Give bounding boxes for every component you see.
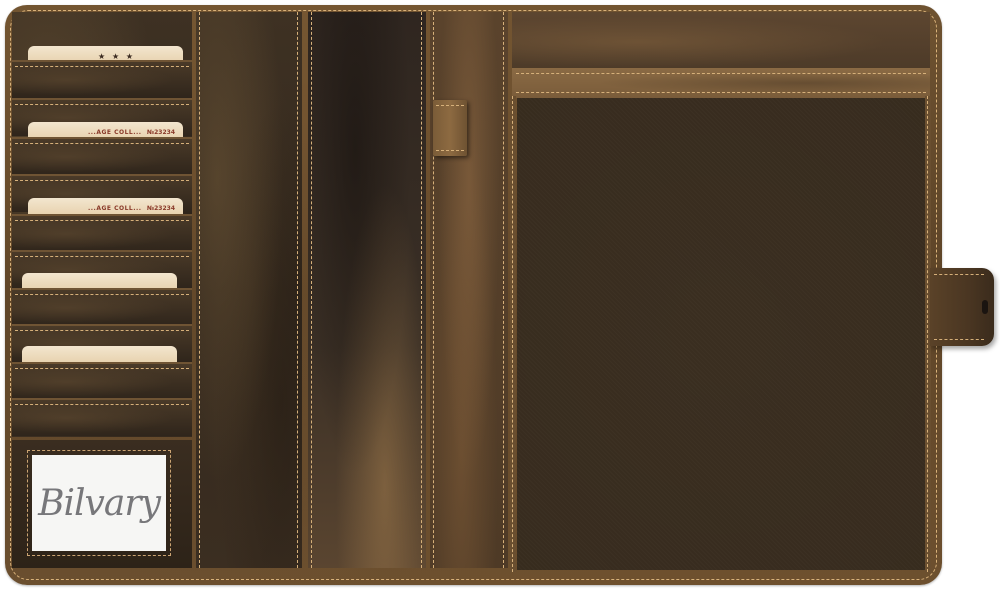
document-pocket-2[interactable] [308,12,426,568]
card-slot-5[interactable] [12,214,192,252]
pen-loop[interactable] [433,100,467,156]
card-slot-7[interactable] [12,288,192,326]
notepad-pocket[interactable] [517,98,925,570]
card-2-text: ...AGE COLL... [88,129,142,136]
card-2[interactable]: ...AGE COLL... №23234 [28,122,183,138]
snap-clasp-tab[interactable] [930,268,994,346]
card-slot-3[interactable] [12,137,192,175]
snap-button-icon[interactable] [982,300,988,314]
card-slot-9[interactable] [12,362,192,400]
notepad-border-left [510,96,516,572]
id-card-window[interactable]: Bilvary [32,455,166,551]
card-3[interactable]: ...AGE COLL... №23234 [28,198,183,214]
document-pocket-3[interactable] [430,12,508,568]
brand-logo: Bilvary [38,483,160,524]
card-5[interactable] [22,346,177,362]
card-2-number: №23234 [147,129,175,136]
card-3-text: ...AGE COLL... [88,205,142,212]
card-4[interactable] [22,273,177,289]
card-slot-10[interactable] [12,398,192,436]
card-3-number: №23234 [147,205,175,212]
document-pocket-1[interactable] [196,12,302,568]
notepad-pocket-band[interactable] [512,68,930,98]
id-window-frame: Bilvary [12,440,192,568]
card-slot-1[interactable] [12,60,192,98]
right-panel-top [512,12,930,72]
